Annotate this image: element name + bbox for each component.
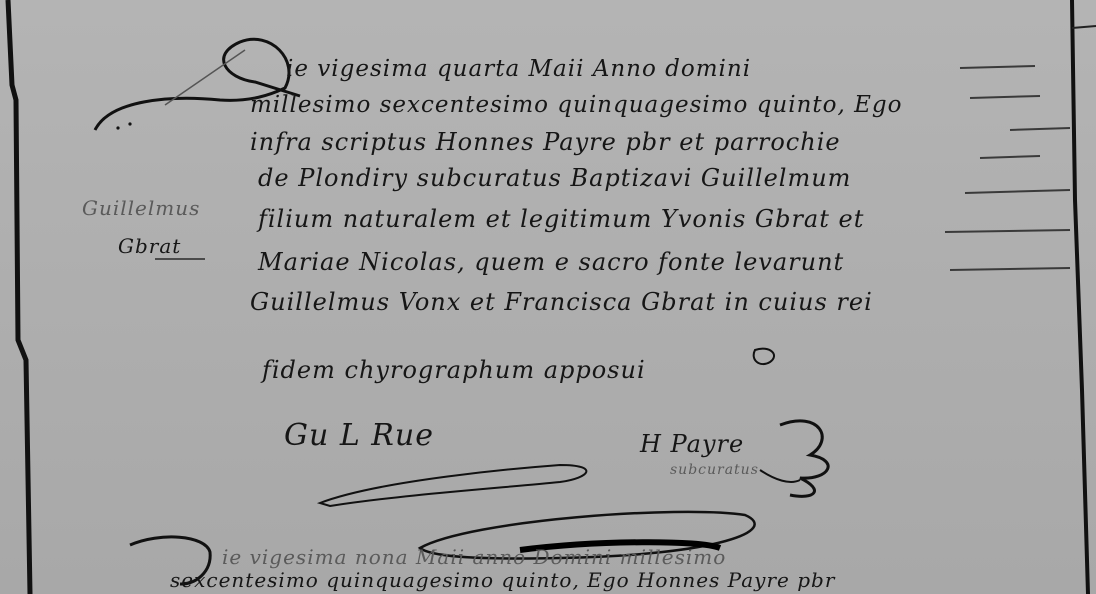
next-entry-line-1: ie vigesima nona Maii anno Domini milles… [222, 545, 726, 569]
entry-line-1: ie vigesima quarta Maii Anno domini [286, 56, 751, 82]
entry-line-5: filium naturalem et legitimum Yvonis Gbr… [258, 205, 864, 233]
entry-line-4: de Plondiry subcuratus Baptizavi Guillel… [258, 164, 851, 192]
signature-right: H Payre [640, 430, 744, 458]
entry-line-3: infra scriptus Honnes Payre pbr et parro… [250, 128, 841, 156]
entry-line-2: millesimo sexcentesimo quinquagesimo qui… [250, 92, 902, 118]
next-entry-line-2: sexcentesimo quinquagesimo quinto, Ego H… [170, 568, 835, 592]
entry-line-6: Mariae Nicolas, quem e sacro fonte levar… [258, 248, 844, 276]
entry-line-8: fidem chyrographum apposui [262, 356, 646, 384]
margin-note-underline [155, 258, 205, 260]
entry-line-7: Guillelmus Vonx et Francisca Gbrat in cu… [250, 288, 873, 316]
signature-left: Gu L Rue [284, 418, 434, 453]
signature-right-title: subcuratus [670, 462, 759, 478]
margin-note-surname: Gbrat [118, 234, 181, 258]
document-page: Guillelmus Gbrat ie vigesima quarta Maii… [0, 0, 1096, 594]
margin-note-given-name: Guillelmus [82, 196, 200, 220]
